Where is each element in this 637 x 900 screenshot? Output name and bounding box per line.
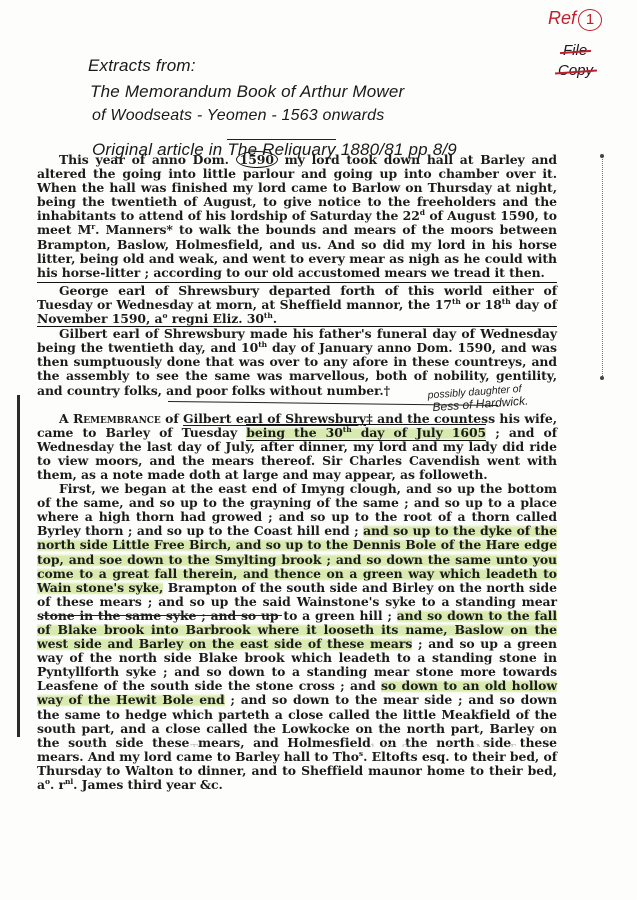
printed-page-text: This year of anno Dom. 1590 my lord took… bbox=[37, 153, 557, 792]
sup: th bbox=[343, 425, 352, 434]
paragraph-1590-hall: This year of anno Dom. 1590 my lord took… bbox=[37, 153, 557, 280]
text: A bbox=[59, 411, 73, 426]
text: . r bbox=[50, 777, 65, 792]
text: or 18 bbox=[461, 297, 502, 312]
text: . Manners* to walk the bounds and mears … bbox=[37, 222, 557, 279]
struck-file-mark: File bbox=[563, 42, 587, 59]
sup: th bbox=[452, 297, 461, 306]
struck-copy-mark: Copy bbox=[558, 62, 593, 79]
handwritten-book-subtitle: of Woodseats - Yeomen - 1563 onwards bbox=[92, 107, 384, 125]
left-margin-bar bbox=[17, 395, 20, 737]
text: day of July 1605 bbox=[352, 425, 487, 440]
sup: nl bbox=[65, 777, 73, 786]
handwritten-heading: Extracts from: bbox=[88, 56, 196, 76]
faded-cut-off-line: ~ T · · · T · · · · · · 1781 C M T · bbox=[56, 742, 550, 747]
ref-number-circle: 1 bbox=[578, 9, 602, 31]
text: . James third year &c. bbox=[73, 777, 223, 792]
sup: th bbox=[258, 340, 267, 349]
text: This year of anno Dom. bbox=[59, 152, 229, 167]
small-caps-heading: Remembrance bbox=[73, 411, 161, 426]
paragraph-george-death: George earl of Shrewsbury departed forth… bbox=[37, 282, 557, 327]
reference-mark: Ref1 bbox=[548, 8, 602, 31]
sup: th bbox=[502, 297, 511, 306]
text: being the 30 bbox=[246, 425, 343, 440]
paragraph-remembrance: A Remembrance of Gilbert earl of Shrewsb… bbox=[37, 412, 557, 482]
right-margin-dotted-line bbox=[602, 156, 604, 378]
hand-drawn-underline bbox=[42, 615, 282, 616]
text: . bbox=[273, 311, 277, 326]
handwritten-book-title: The Memorandum Book of Arthur Mower bbox=[90, 82, 404, 102]
sup: th bbox=[264, 311, 273, 320]
ref-label: Ref bbox=[548, 8, 576, 28]
text: regni Eliz. 30 bbox=[167, 311, 263, 326]
text: of bbox=[161, 411, 183, 426]
